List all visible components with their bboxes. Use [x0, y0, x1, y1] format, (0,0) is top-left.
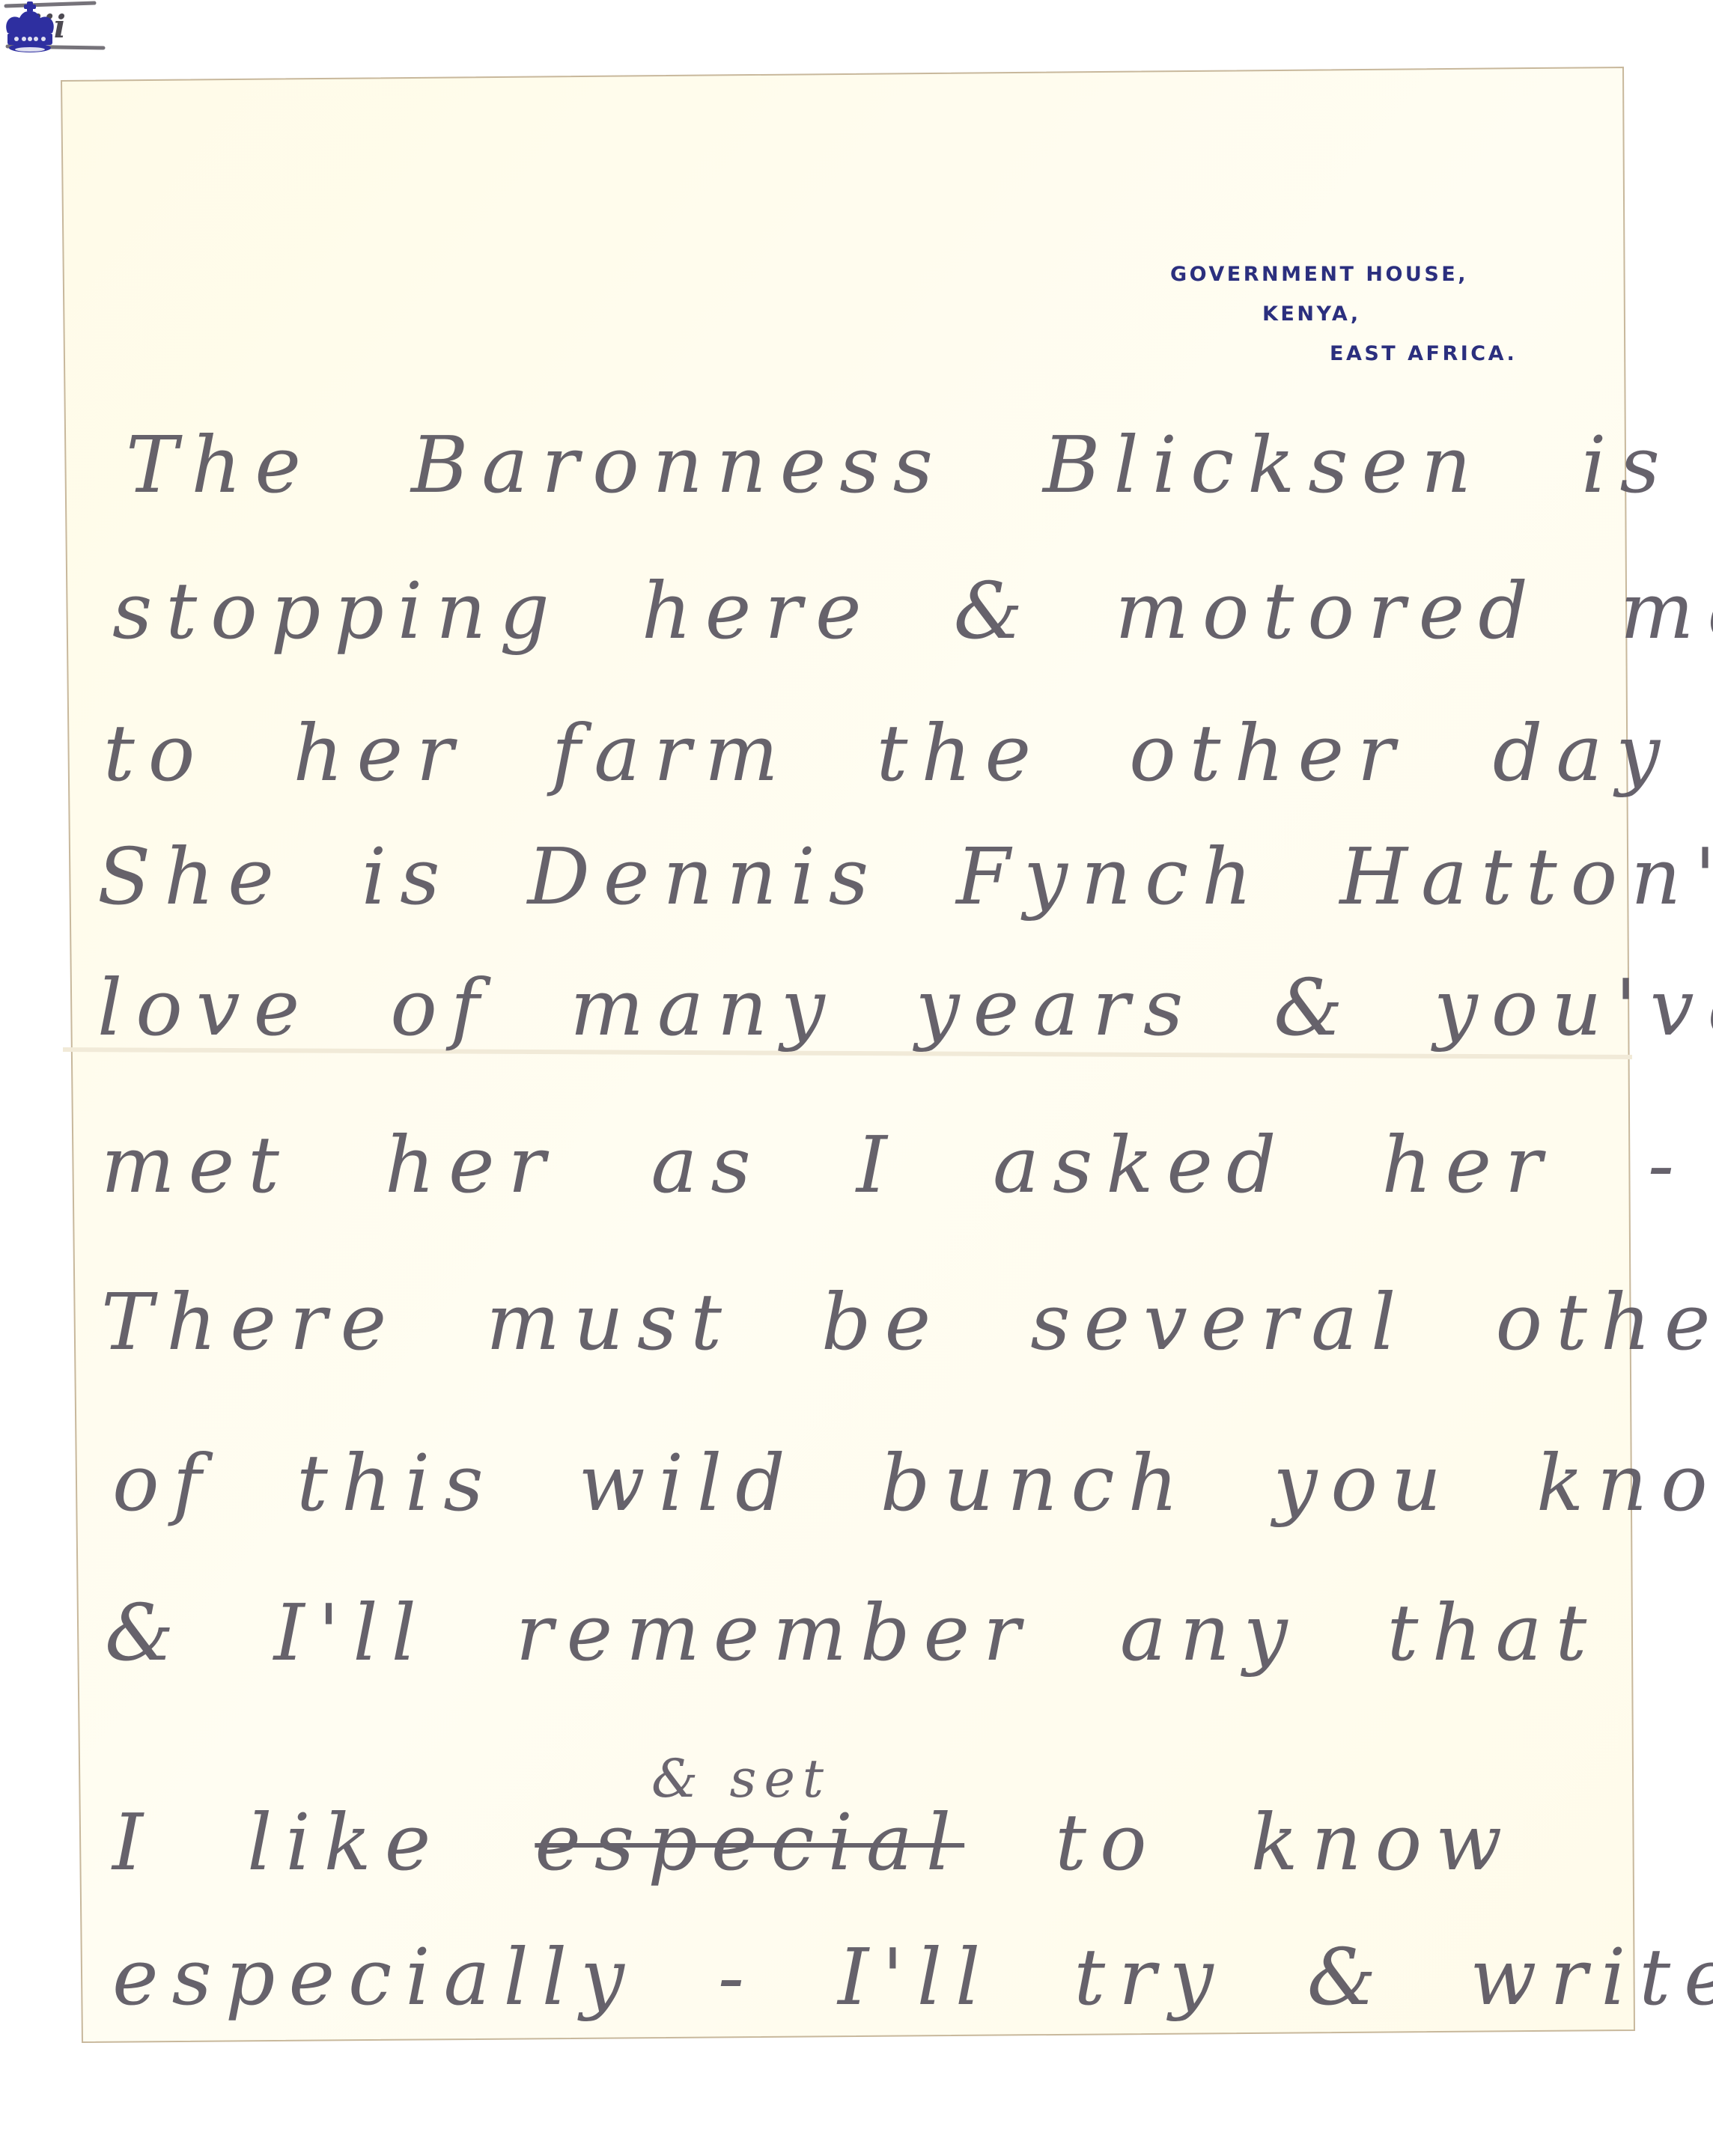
royal-crown-icon [0, 0, 60, 57]
reverse-ink-bleed [225, 112, 246, 191]
handwritten-line: of this wild bunch you know [112, 1437, 1713, 1529]
handwritten-line: The Baronness Blicksen is [126, 419, 1673, 511]
handwritten-line: There must be several others [101, 1276, 1713, 1368]
handwritten-line: to her farm the other day - [103, 707, 1713, 799]
handwritten-line: & I'll remember any that [105, 1587, 1600, 1678]
handwritten-line: stopping here & motored me out [112, 565, 1713, 657]
letterhead-line: KENYA, [1164, 294, 1539, 334]
handwritten-line: I like especial to know [112, 1797, 1515, 1888]
handwritten-line: met her as I asked her - [101, 1119, 1688, 1211]
letterhead-line: GOVERNMENT HOUSE, [1164, 255, 1539, 294]
handwritten-line: She is Dennis Fynch Hatton's [97, 831, 1713, 922]
letter-paper: iii GOVERNMENT HOUSE, KENYA, EAST AFRICA… [0, 0, 1713, 2156]
handwritten-line: especially - I'll try & write [112, 1931, 1713, 2023]
letterhead-line: EAST AFRICA. [1164, 334, 1539, 374]
struck-word: especial [535, 1797, 964, 1888]
letterhead-address: GOVERNMENT HOUSE, KENYA, EAST AFRICA. [1164, 255, 1539, 374]
handwritten-line: love of many years & you've [97, 962, 1713, 1053]
